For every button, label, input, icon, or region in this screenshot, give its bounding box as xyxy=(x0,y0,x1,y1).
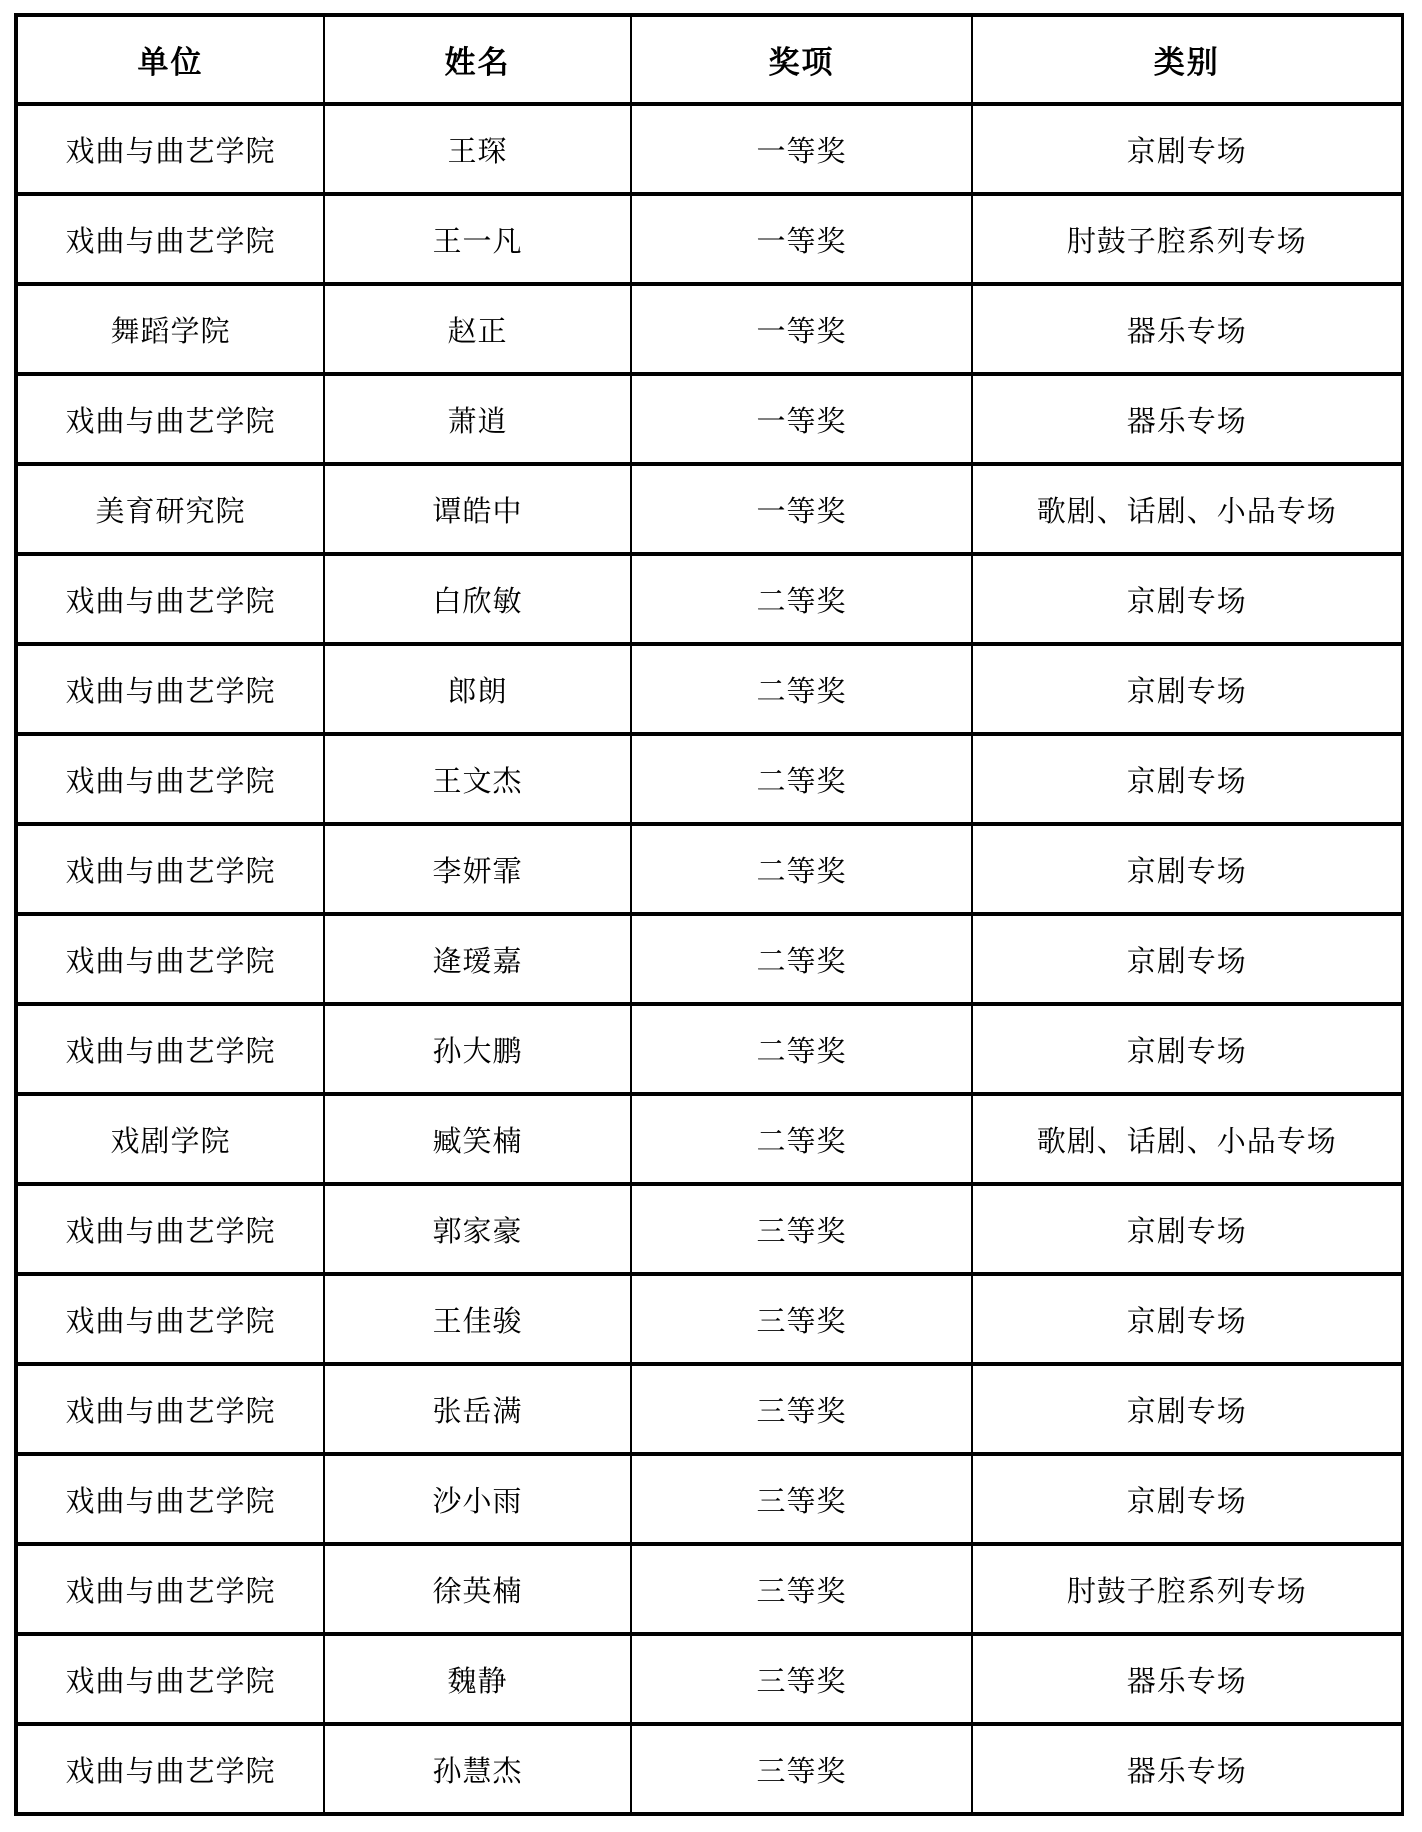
cell-unit: 戏曲与曲艺学院 xyxy=(16,1724,324,1814)
cell-award: 二等奖 xyxy=(631,1004,972,1094)
cell-name: 王佳骏 xyxy=(324,1274,631,1364)
cell-name: 赵正 xyxy=(324,284,631,374)
cell-name: 郭家豪 xyxy=(324,1184,631,1274)
cell-award: 二等奖 xyxy=(631,1094,972,1184)
table-row: 戏曲与曲艺学院 张岳满 三等奖 京剧专场 xyxy=(16,1364,1402,1454)
cell-award: 一等奖 xyxy=(631,104,972,194)
cell-name: 王一凡 xyxy=(324,194,631,284)
cell-category: 歌剧、话剧、小品专场 xyxy=(972,464,1402,554)
cell-category: 肘鼓子腔系列专场 xyxy=(972,194,1402,284)
cell-name: 孙大鹏 xyxy=(324,1004,631,1094)
cell-name: 王琛 xyxy=(324,104,631,194)
cell-name: 王文杰 xyxy=(324,734,631,824)
table-row: 戏曲与曲艺学院 逄瑷嘉 二等奖 京剧专场 xyxy=(16,914,1402,1004)
cell-unit: 戏曲与曲艺学院 xyxy=(16,1184,324,1274)
cell-category: 京剧专场 xyxy=(972,824,1402,914)
cell-award: 二等奖 xyxy=(631,914,972,1004)
cell-name: 萧逍 xyxy=(324,374,631,464)
cell-name: 张岳满 xyxy=(324,1364,631,1454)
cell-category: 器乐专场 xyxy=(972,374,1402,464)
cell-unit: 戏曲与曲艺学院 xyxy=(16,644,324,734)
cell-category: 京剧专场 xyxy=(972,1364,1402,1454)
cell-award: 三等奖 xyxy=(631,1454,972,1544)
awards-table: 单位 姓名 奖项 类别 戏曲与曲艺学院 王琛 一等奖 京剧专场 戏曲与曲艺学院 … xyxy=(14,13,1404,1816)
table-header-row: 单位 姓名 奖项 类别 xyxy=(16,15,1402,104)
table-row: 戏曲与曲艺学院 郎朗 二等奖 京剧专场 xyxy=(16,644,1402,734)
table-body: 戏曲与曲艺学院 王琛 一等奖 京剧专场 戏曲与曲艺学院 王一凡 一等奖 肘鼓子腔… xyxy=(16,104,1402,1814)
table-row: 戏曲与曲艺学院 孙大鹏 二等奖 京剧专场 xyxy=(16,1004,1402,1094)
cell-category: 京剧专场 xyxy=(972,104,1402,194)
cell-name: 魏静 xyxy=(324,1634,631,1724)
header-category: 类别 xyxy=(972,15,1402,104)
cell-category: 京剧专场 xyxy=(972,1004,1402,1094)
cell-category: 京剧专场 xyxy=(972,1454,1402,1544)
cell-award: 二等奖 xyxy=(631,734,972,824)
cell-category: 京剧专场 xyxy=(972,554,1402,644)
cell-category: 京剧专场 xyxy=(972,644,1402,734)
table-row: 戏曲与曲艺学院 王一凡 一等奖 肘鼓子腔系列专场 xyxy=(16,194,1402,284)
cell-name: 孙慧杰 xyxy=(324,1724,631,1814)
cell-unit: 戏曲与曲艺学院 xyxy=(16,824,324,914)
cell-unit: 戏曲与曲艺学院 xyxy=(16,1454,324,1544)
cell-unit: 美育研究院 xyxy=(16,464,324,554)
cell-name: 逄瑷嘉 xyxy=(324,914,631,1004)
table-row: 戏曲与曲艺学院 萧逍 一等奖 器乐专场 xyxy=(16,374,1402,464)
cell-category: 歌剧、话剧、小品专场 xyxy=(972,1094,1402,1184)
cell-award: 三等奖 xyxy=(631,1184,972,1274)
cell-name: 白欣敏 xyxy=(324,554,631,644)
table-row: 戏曲与曲艺学院 王佳骏 三等奖 京剧专场 xyxy=(16,1274,1402,1364)
header-name: 姓名 xyxy=(324,15,631,104)
cell-category: 京剧专场 xyxy=(972,1184,1402,1274)
cell-unit: 戏曲与曲艺学院 xyxy=(16,104,324,194)
cell-award: 二等奖 xyxy=(631,824,972,914)
cell-name: 李妍霏 xyxy=(324,824,631,914)
table-row: 戏曲与曲艺学院 魏静 三等奖 器乐专场 xyxy=(16,1634,1402,1724)
cell-award: 二等奖 xyxy=(631,554,972,644)
cell-unit: 戏曲与曲艺学院 xyxy=(16,194,324,284)
cell-award: 三等奖 xyxy=(631,1724,972,1814)
table-row: 戏曲与曲艺学院 徐英楠 三等奖 肘鼓子腔系列专场 xyxy=(16,1544,1402,1634)
cell-award: 三等奖 xyxy=(631,1634,972,1724)
cell-category: 器乐专场 xyxy=(972,284,1402,374)
table-row: 戏曲与曲艺学院 沙小雨 三等奖 京剧专场 xyxy=(16,1454,1402,1544)
table-row: 戏曲与曲艺学院 王文杰 二等奖 京剧专场 xyxy=(16,734,1402,824)
cell-name: 徐英楠 xyxy=(324,1544,631,1634)
cell-unit: 戏曲与曲艺学院 xyxy=(16,1274,324,1364)
cell-award: 一等奖 xyxy=(631,194,972,284)
table-row: 戏曲与曲艺学院 白欣敏 二等奖 京剧专场 xyxy=(16,554,1402,644)
table-row: 戏曲与曲艺学院 李妍霏 二等奖 京剧专场 xyxy=(16,824,1402,914)
cell-unit: 戏曲与曲艺学院 xyxy=(16,1634,324,1724)
cell-category: 肘鼓子腔系列专场 xyxy=(972,1544,1402,1634)
cell-award: 三等奖 xyxy=(631,1544,972,1634)
cell-award: 一等奖 xyxy=(631,374,972,464)
cell-name: 郎朗 xyxy=(324,644,631,734)
cell-category: 京剧专场 xyxy=(972,734,1402,824)
cell-unit: 戏曲与曲艺学院 xyxy=(16,1004,324,1094)
cell-unit: 舞蹈学院 xyxy=(16,284,324,374)
cell-name: 沙小雨 xyxy=(324,1454,631,1544)
cell-award: 一等奖 xyxy=(631,284,972,374)
cell-unit: 戏曲与曲艺学院 xyxy=(16,1364,324,1454)
cell-award: 二等奖 xyxy=(631,644,972,734)
cell-unit: 戏曲与曲艺学院 xyxy=(16,914,324,1004)
table-row: 美育研究院 谭皓中 一等奖 歌剧、话剧、小品专场 xyxy=(16,464,1402,554)
cell-name: 谭皓中 xyxy=(324,464,631,554)
header-unit: 单位 xyxy=(16,15,324,104)
cell-unit: 戏曲与曲艺学院 xyxy=(16,734,324,824)
table-row: 戏曲与曲艺学院 郭家豪 三等奖 京剧专场 xyxy=(16,1184,1402,1274)
cell-unit: 戏剧学院 xyxy=(16,1094,324,1184)
cell-category: 器乐专场 xyxy=(972,1724,1402,1814)
page: 单位 姓名 奖项 类别 戏曲与曲艺学院 王琛 一等奖 京剧专场 戏曲与曲艺学院 … xyxy=(0,0,1422,1832)
cell-name: 臧笑楠 xyxy=(324,1094,631,1184)
cell-unit: 戏曲与曲艺学院 xyxy=(16,1544,324,1634)
cell-award: 三等奖 xyxy=(631,1274,972,1364)
header-award: 奖项 xyxy=(631,15,972,104)
cell-unit: 戏曲与曲艺学院 xyxy=(16,374,324,464)
cell-award: 三等奖 xyxy=(631,1364,972,1454)
table-row: 戏曲与曲艺学院 王琛 一等奖 京剧专场 xyxy=(16,104,1402,194)
cell-category: 器乐专场 xyxy=(972,1634,1402,1724)
cell-unit: 戏曲与曲艺学院 xyxy=(16,554,324,644)
table-row: 舞蹈学院 赵正 一等奖 器乐专场 xyxy=(16,284,1402,374)
table-row: 戏剧学院 臧笑楠 二等奖 歌剧、话剧、小品专场 xyxy=(16,1094,1402,1184)
cell-category: 京剧专场 xyxy=(972,914,1402,1004)
cell-award: 一等奖 xyxy=(631,464,972,554)
table-row: 戏曲与曲艺学院 孙慧杰 三等奖 器乐专场 xyxy=(16,1724,1402,1814)
cell-category: 京剧专场 xyxy=(972,1274,1402,1364)
